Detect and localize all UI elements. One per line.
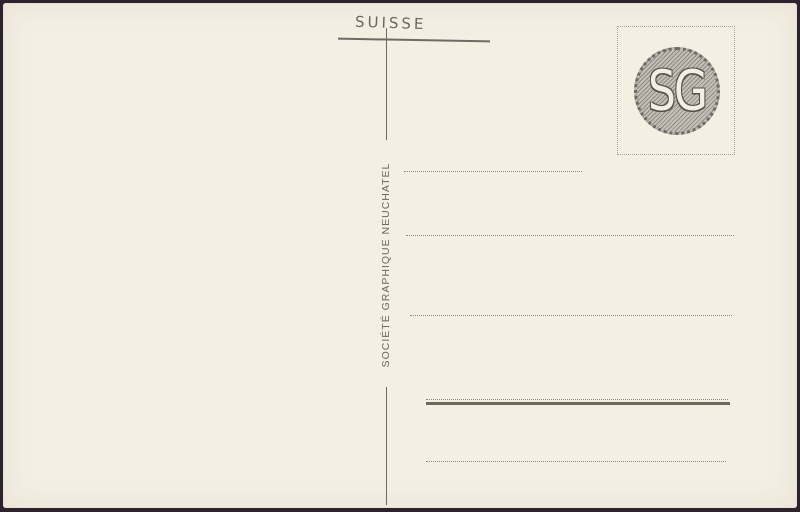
publisher-logo-icon: SG: [634, 47, 720, 135]
handwritten-note: SUISSE: [355, 13, 427, 33]
publisher-imprint: SOCIÉTÉ GRAPHIQUE NEUCHATEL: [380, 163, 392, 368]
center-divider: [386, 387, 387, 505]
address-line-4: [426, 399, 728, 400]
address-line-2: [406, 235, 734, 236]
address-line-5: [426, 461, 726, 462]
center-divider: [386, 28, 387, 140]
address-line-1: [404, 171, 582, 172]
logo-text: SG: [648, 59, 706, 123]
address-underline: [426, 402, 730, 405]
address-line-3: [410, 315, 732, 316]
